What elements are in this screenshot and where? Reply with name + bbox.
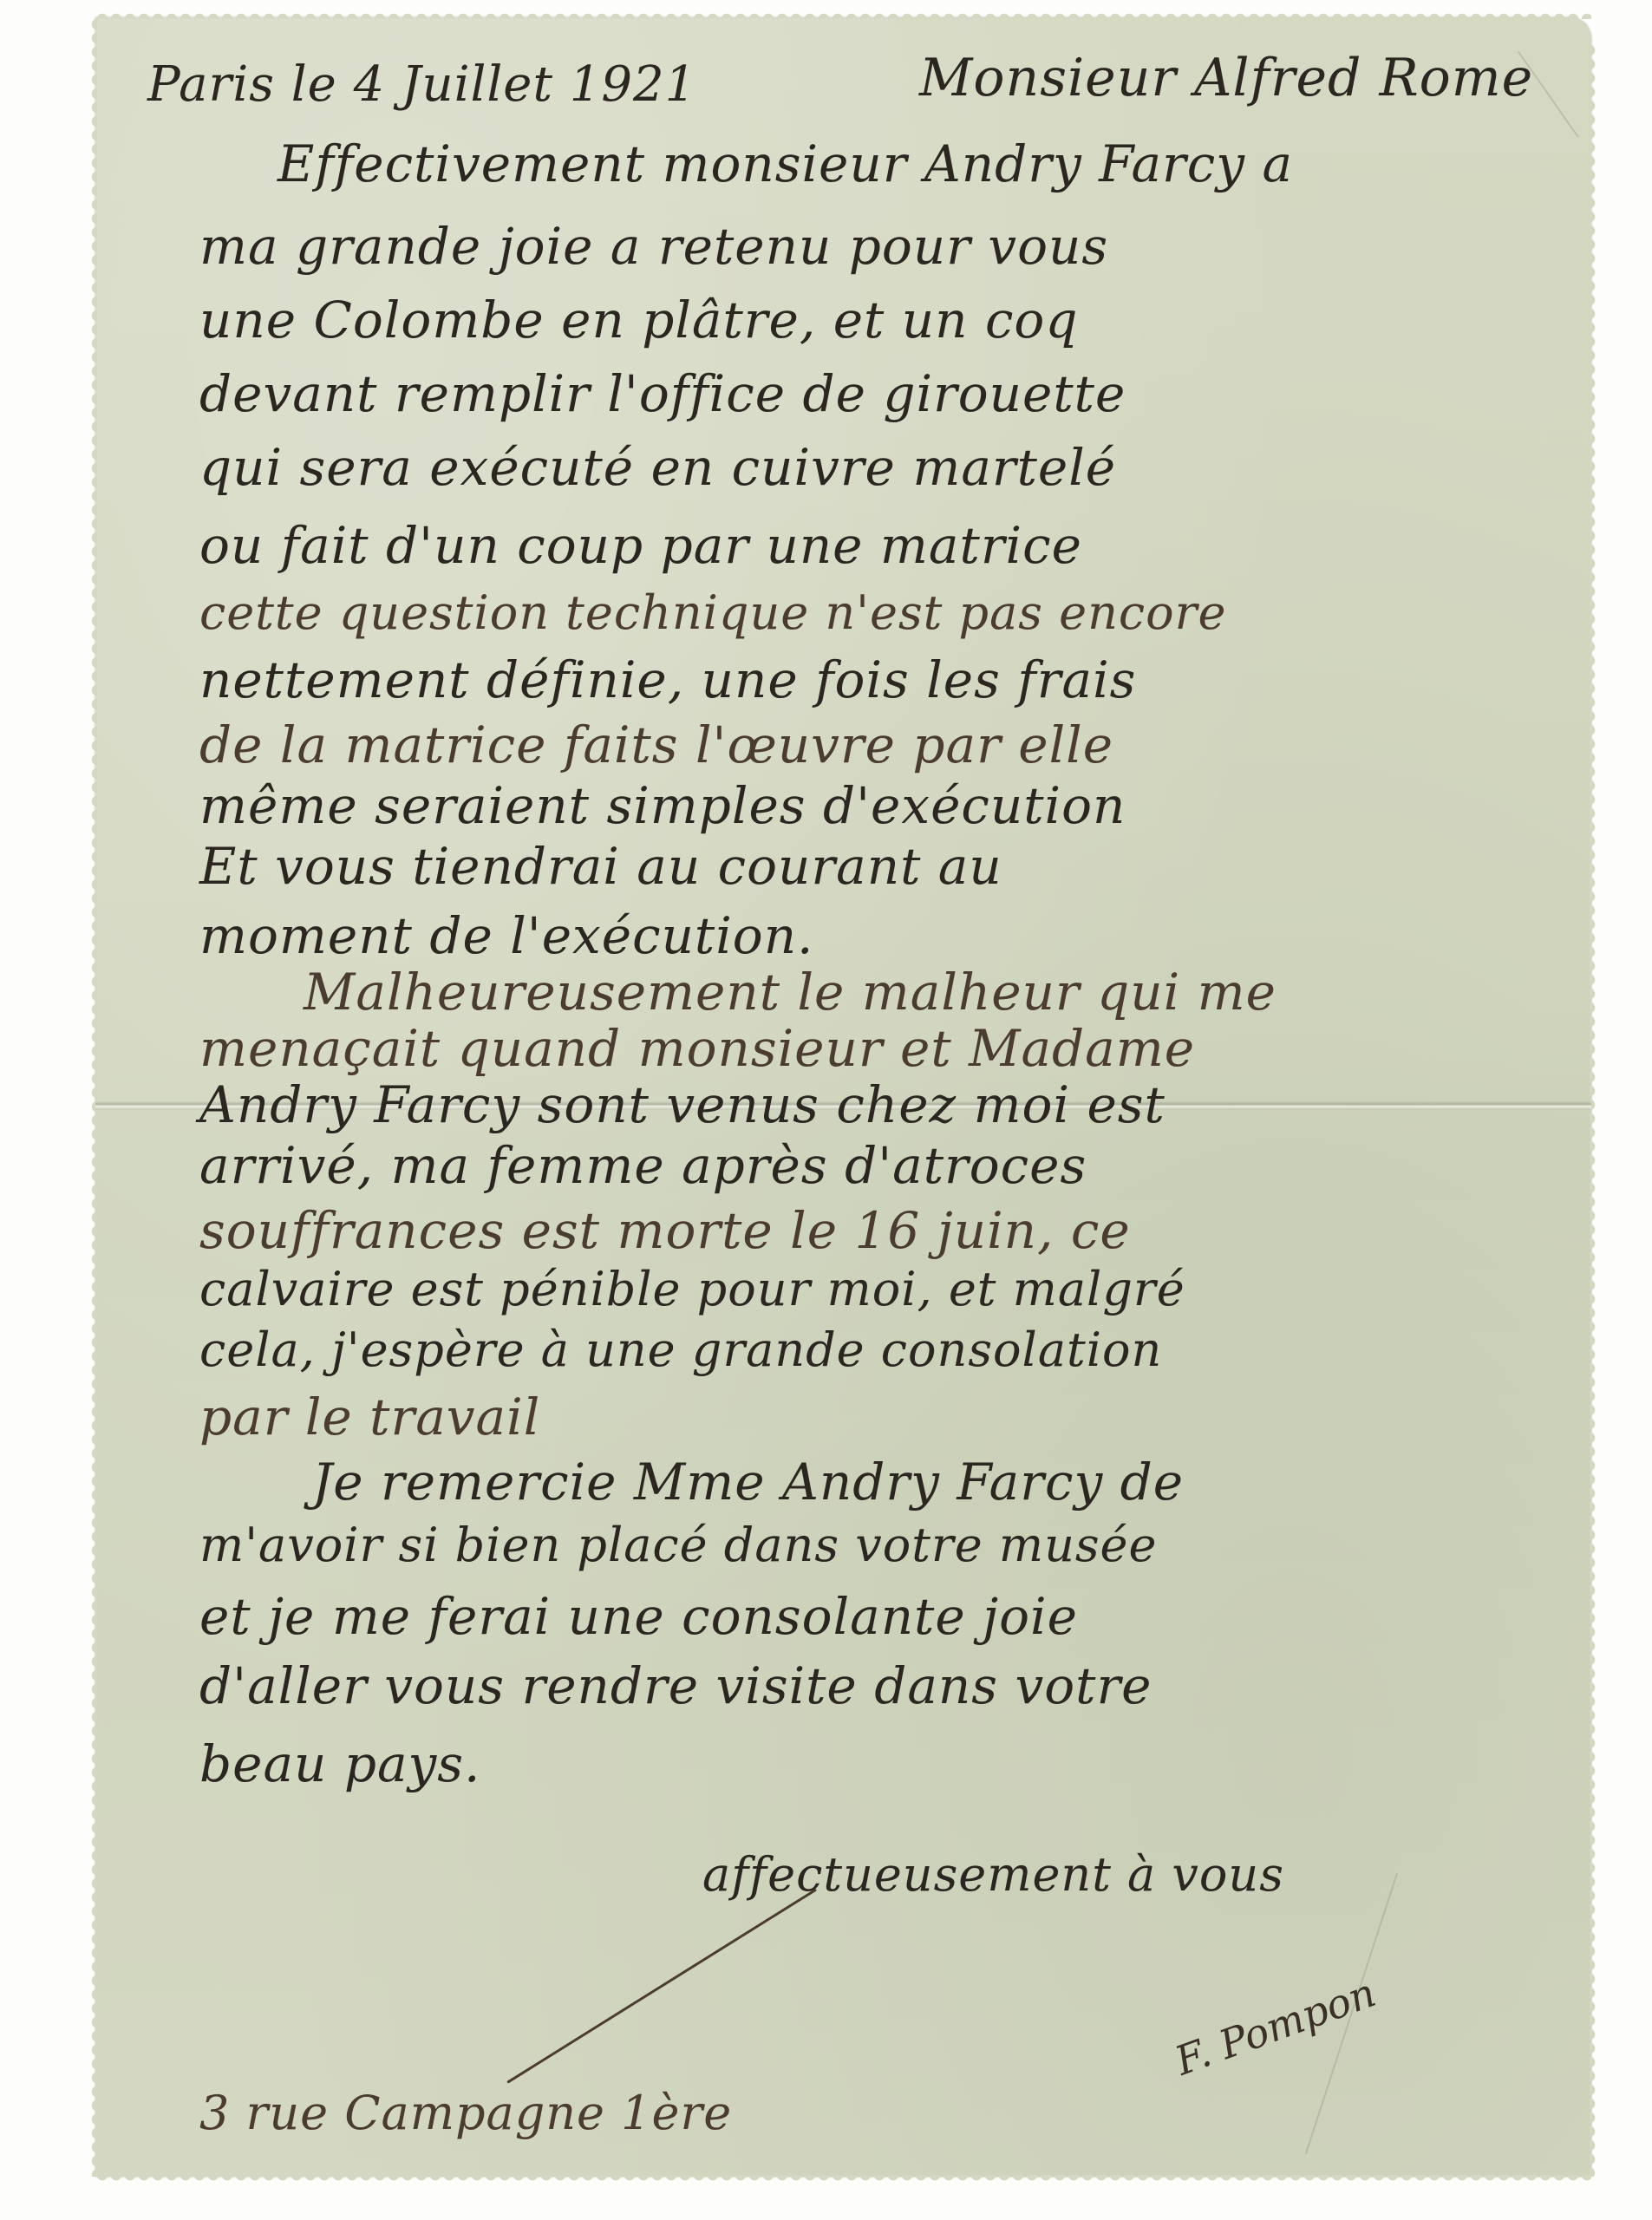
letter-line: Je remercie Mme Andry Farcy de (312, 1457, 1184, 1507)
letter-place-date: Paris le 4 Juillet 1921 (147, 61, 696, 109)
letter-line: arrivé, ma femme après d'atroces (199, 1140, 1087, 1191)
perforated-edge-left (88, 17, 97, 2177)
letter-line: Et vous tiendrai au courant au (199, 841, 1002, 891)
signature-flourish (506, 1889, 817, 2084)
letter-line: nettement définie, une fois les frais (199, 655, 1136, 705)
letter-line: d'aller vous rendre visite dans votre (199, 1661, 1152, 1711)
letter-sheet: Paris le 4 Juillet 1921 Monsieur Alfred … (95, 17, 1591, 2177)
letter-line: Andry Farcy sont venus chez moi est (199, 1080, 1166, 1130)
letter-line: une Colombe en plâtre, et un coq (199, 295, 1078, 345)
letter-line: calvaire est pénible pour moi, et malgré (199, 1266, 1185, 1313)
letter-line: menaçait quand monsieur et Madame (199, 1023, 1195, 1074)
letter-line: devant remplir l'office de girouette (199, 369, 1126, 419)
sender-address: 3 rue Campagne 1ère (199, 2090, 732, 2137)
letter-line: qui sera exécuté en cuivre martelé (199, 442, 1116, 493)
signature: F. Pompon (1169, 1969, 1381, 2084)
letter-line: par le travail (199, 1392, 540, 1442)
perforated-edge-top (95, 10, 1591, 19)
letter-closing: affectueusement à vous (702, 1851, 1284, 1898)
letter-salutation: Monsieur Alfred Rome (919, 52, 1533, 104)
letter-line: souffrances est morte le 16 juin, ce (199, 1205, 1131, 1256)
letter-line: de la matrice faits l'œuvre par elle (199, 720, 1113, 770)
perforated-edge-right (1590, 43, 1598, 2177)
letter-line: moment de l'exécution. (199, 911, 813, 961)
perforated-edge-bottom (95, 2175, 1591, 2184)
letter-line: ma grande joie a retenu pour vous (199, 221, 1108, 271)
letter-line: ou fait d'un coup par une matrice (199, 520, 1082, 571)
letter-line: cette question technique n'est pas encor… (199, 590, 1226, 637)
letter-line: cela, j'espère à une grande consolation (199, 1327, 1162, 1374)
letter-line: Malheureusement le malheur qui me (304, 967, 1277, 1017)
letter-line: m'avoir si bien placé dans votre musée (199, 1522, 1157, 1569)
letter-line: Effectivement monsieur Andry Farcy a (278, 139, 1293, 189)
letter-line: beau pays. (199, 1739, 481, 1789)
letter-line: et je me ferai une consolante joie (199, 1591, 1078, 1642)
letter-line: même seraient simples d'exécution (199, 780, 1126, 831)
